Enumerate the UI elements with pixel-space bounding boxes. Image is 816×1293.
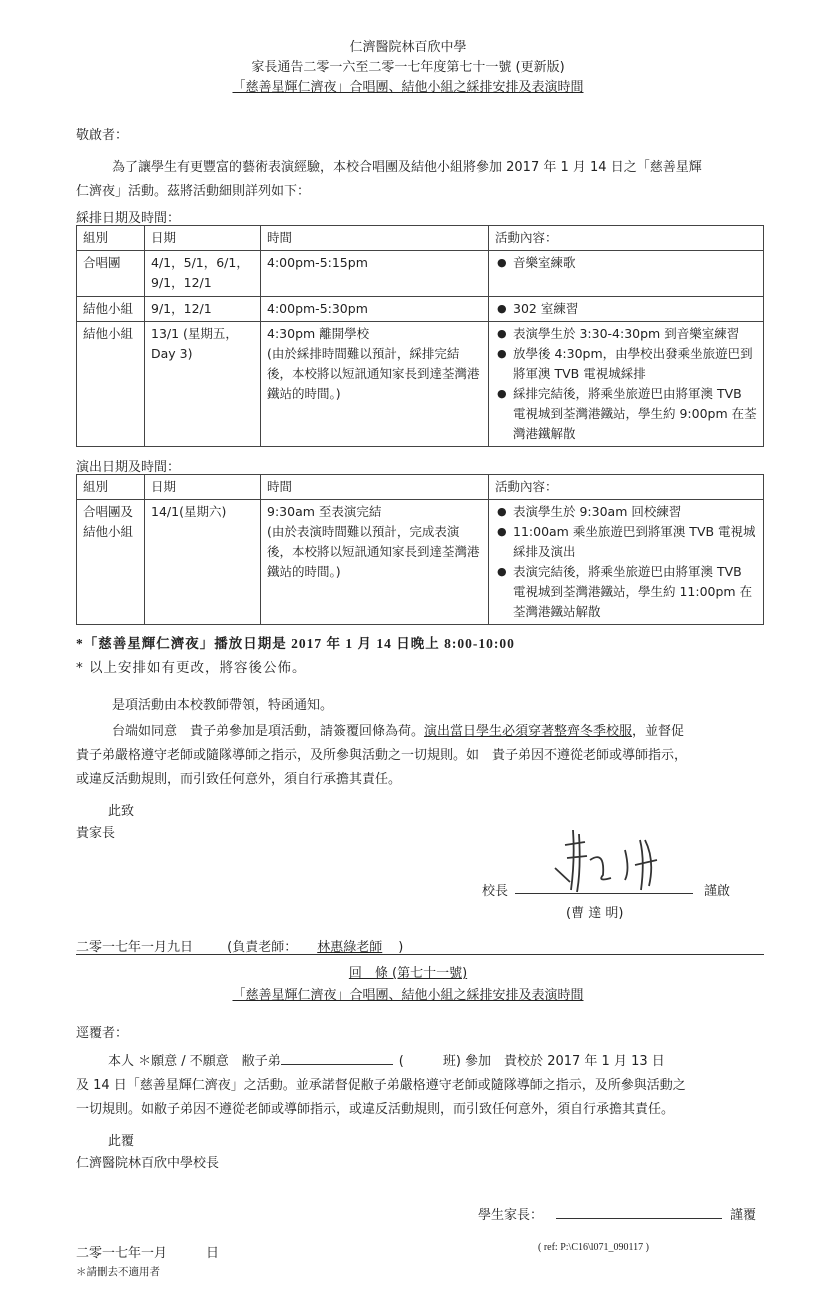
cell-time: 4:30pm 離開學校(由於綵排時間難以預計，綵排完結後，本校將以短訊通知家長到… <box>261 322 489 447</box>
ci-fu: 此覆 <box>108 1130 134 1149</box>
time-main: 4:30pm 離開學校 <box>267 324 482 344</box>
change-note: * 以上安排如有更改，將容後公佈。 <box>76 656 307 676</box>
header-time: 時間 <box>261 226 489 251</box>
time-note: (由於綵排時間難以預計，綵排完結後，本校將以短訊通知家長到達荃灣港鐵站的時間。) <box>267 344 482 404</box>
cell-group: 合唱團 <box>77 251 145 297</box>
parent-label: 學生家長： <box>478 1204 543 1223</box>
cell-group: 合唱團及結他小組 <box>77 500 145 625</box>
reply-salutation: 逕覆者： <box>76 1022 128 1041</box>
cell-date: 14/1(星期六) <box>145 500 261 625</box>
table-row: 合唱團 4/1，5/1，6/1，9/1，12/1 4:00pm-5:15pm 音… <box>77 251 764 297</box>
cell-time: 4:00pm-5:15pm <box>261 251 489 297</box>
activity-item: 綵排完結後，將乘坐旅遊巴由將軍澳 TVB 電視城到荃灣港鐵站，學生約 9:00p… <box>495 384 757 444</box>
salutation: 敬啟者： <box>76 124 128 143</box>
table-row: 合唱團及結他小組 14/1(星期六) 9:30am 至表演完結(由於表演時間難以… <box>77 500 764 625</box>
cell-group: 結他小組 <box>77 297 145 322</box>
activity-item: 表演學生於 3:30-4:30pm 到音樂室練習 <box>495 324 757 344</box>
notice-date: 二零一七年一月九日 <box>76 940 193 955</box>
cell-group: 結他小組 <box>77 322 145 447</box>
header-date: 日期 <box>145 475 261 500</box>
cell-activities: 音樂室練歌 <box>489 251 764 297</box>
performance-caption: 演出日期及時間： <box>76 456 180 475</box>
notice-date-line: 二零一七年一月九日 (負責老師：林惠綠老師) <box>76 936 403 955</box>
student-name-field[interactable] <box>281 1052 393 1065</box>
header-activity: 活動內容： <box>489 475 764 500</box>
intro-line1: 為了讓學生有更豐富的藝術表演經驗，本校合唱團及結他小組將參加 2017 年 1 … <box>112 156 702 175</box>
activity-item: 302 室練習 <box>495 299 757 319</box>
body-p2-line2: 貴子弟嚴格遵守老師或隨隊導師之指示，及所參與活動之一切規則。如 貴子弟因不遵從老… <box>76 744 687 763</box>
time-note: (由於表演時間難以預計，完成表演後，本校將以短訊通知家長到達荃灣港鐵站的時間。) <box>267 522 482 582</box>
cell-activities: 表演學生於 9:30am 回校練習 11:00am 乘坐旅遊巴到將軍澳 TVB … <box>489 500 764 625</box>
notice-title: 「慈善星輝仁濟夜」合唱團、結他小組之綵排安排及表演時間 <box>232 80 583 95</box>
table-row: 結他小組 9/1，12/1 4:00pm-5:30pm 302 室練習 <box>77 297 764 322</box>
notice-number: 家長通告二零一六至二零一七年度第七十一號 (更新版) <box>0 56 816 75</box>
table-header-row: 組別 日期 時間 活動內容： <box>77 475 764 500</box>
uniform-requirement: 演出當日學生必須穿著整齊冬季校服 <box>424 724 632 739</box>
body-p2-line1: 台端如同意 貴子弟參加是項活動，請簽覆回條為荷。演出當日學生必須穿著整齊冬季校服… <box>112 720 684 739</box>
activity-item: 表演學生於 9:30am 回校練習 <box>495 502 757 522</box>
cell-activities: 302 室練習 <box>489 297 764 322</box>
activity-item: 音樂室練歌 <box>495 253 757 273</box>
header-time: 時間 <box>261 475 489 500</box>
recipient: 貴家長 <box>76 822 115 841</box>
reply-title: 回 條 (第七十一號) <box>349 966 467 981</box>
header-date: 日期 <box>145 226 261 251</box>
reply-line2: 及 14 日「慈善星輝仁濟夜」之活動。並承諾督促敝子弟嚴格遵守老師或隨隊導師之指… <box>76 1074 686 1093</box>
performance-table: 組別 日期 時間 活動內容： 合唱團及結他小組 14/1(星期六) 9:30am… <box>76 474 764 625</box>
cell-time: 9:30am 至表演完結(由於表演時間難以預計，完成表演後，本校將以短訊通知家長… <box>261 500 489 625</box>
signature-line <box>515 893 693 894</box>
header-group: 組別 <box>77 226 145 251</box>
principal-name: (曹 達 明) <box>566 902 623 921</box>
rehearsal-table: 組別 日期 時間 活動內容： 合唱團 4/1，5/1，6/1，9/1，12/1 … <box>76 225 764 447</box>
body-p2-line3: 或違反活動規則，而引致任何意外，須自行承擔其責任。 <box>76 768 401 787</box>
jin-fu: 謹覆 <box>730 1204 756 1223</box>
broadcast-note: *「慈善星輝仁濟夜」播放日期是 2017 年 1 月 14 日晚上 8:00-1… <box>76 632 515 652</box>
reply-subtitle: 「慈善星輝仁濟夜」合唱團、結他小組之綵排安排及表演時間 <box>232 988 583 1003</box>
body-p1: 是項活動由本校教師帶領，特函通知。 <box>112 694 333 713</box>
ci-zhi: 此致 <box>108 800 134 819</box>
activity-item: 11:00am 乘坐旅遊巴到將軍澳 TVB 電視城綵排及演出 <box>495 522 757 562</box>
reference-code: ( ref: P:\C16\l071_090117 ) <box>538 1242 649 1253</box>
cell-time: 4:00pm-5:30pm <box>261 297 489 322</box>
cut-line <box>76 954 764 955</box>
school-name: 仁濟醫院林百欣中學 <box>0 36 816 55</box>
reply-line1: 本人 ＊願意 / 不願意 敝子弟( 班) 參加 貴校於 2017 年 1 月 1… <box>108 1050 665 1069</box>
cell-date: 4/1，5/1，6/1，9/1，12/1 <box>145 251 261 297</box>
jin-qi: 謹啟 <box>704 880 730 899</box>
cell-date: 9/1，12/1 <box>145 297 261 322</box>
parent-signature-field[interactable] <box>556 1218 722 1219</box>
time-main: 9:30am 至表演完結 <box>267 502 482 522</box>
table-header-row: 組別 日期 時間 活動內容： <box>77 226 764 251</box>
header-activity: 活動內容： <box>489 226 764 251</box>
reply-line3: 一切規則。如敝子弟因不遵從老師或導師指示，或違反活動規則，而引致任何意外，須自行… <box>76 1098 674 1117</box>
table-row: 結他小組 13/1 (星期五，Day 3) 4:30pm 離開學校(由於綵排時間… <box>77 322 764 447</box>
rehearsal-caption: 綵排日期及時間： <box>76 207 180 226</box>
activity-item: 放學後 4:30pm，由學校出發乘坐旅遊巴到將軍澳 TVB 電視城綵排 <box>495 344 757 384</box>
activity-item: 表演完結後，將乘坐旅遊巴由將軍澳 TVB 電視城到荃灣港鐵站，學生約 11:00… <box>495 562 757 622</box>
reply-date: 二零一七年一月 日 <box>76 1242 219 1261</box>
footnote: ＊請刪去不適用者 <box>76 1264 160 1279</box>
reply-recipient: 仁濟醫院林百欣中學校長 <box>76 1152 219 1171</box>
cell-activities: 表演學生於 3:30-4:30pm 到音樂室練習 放學後 4:30pm，由學校出… <box>489 322 764 447</box>
principal-signature-icon <box>545 820 695 898</box>
header-group: 組別 <box>77 475 145 500</box>
cell-date: 13/1 (星期五，Day 3) <box>145 322 261 447</box>
teacher-name: 林惠綠老師 <box>297 940 398 955</box>
principal-label: 校長 <box>482 880 508 899</box>
intro-line2: 仁濟夜」活動。茲將活動細則詳列如下： <box>76 180 310 199</box>
